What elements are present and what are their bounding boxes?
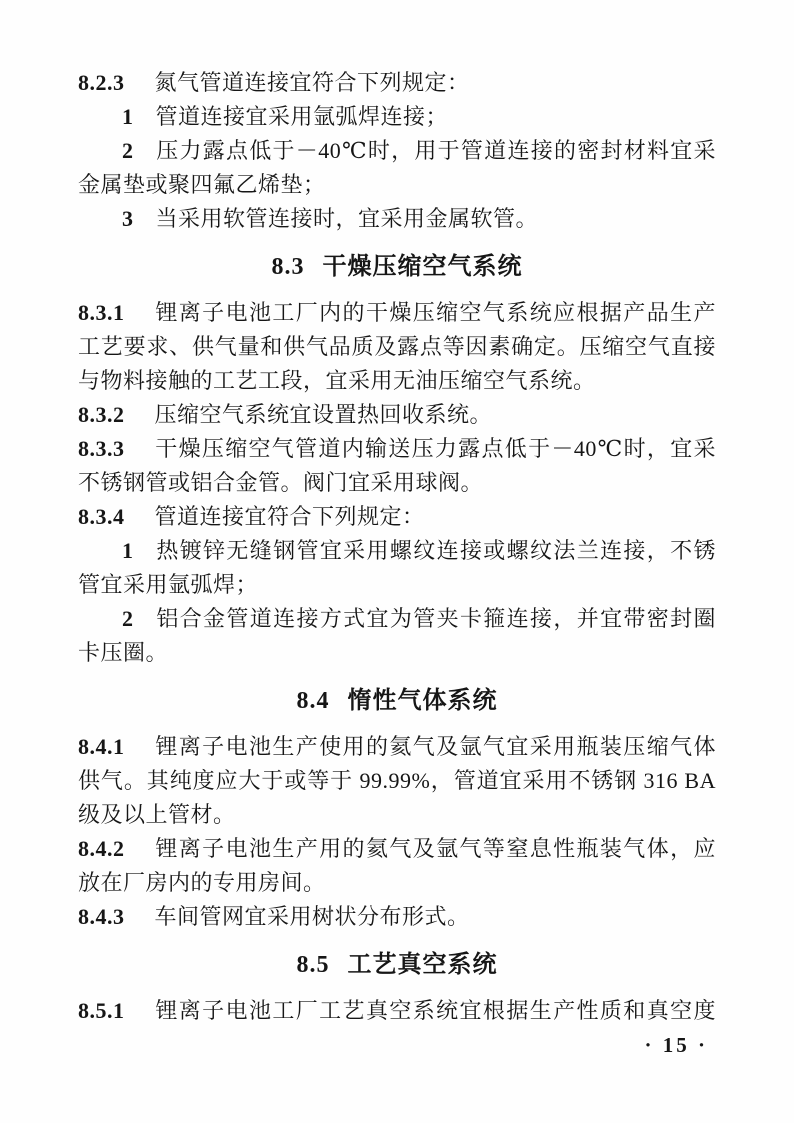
body-text: 卡压圈。	[78, 640, 168, 665]
clause-number: 8.4.1	[78, 734, 125, 759]
clause-text: 锂离子电池生产使用的氦气及氩气宜采用瓶装压缩气体	[155, 734, 717, 759]
clause-text: 干燥压缩空气管道内输送压力露点低于－40℃时，宜采用	[78, 436, 716, 466]
item-number: 3	[122, 206, 134, 231]
item-text: 管道连接宜采用氩弧焊连接；	[156, 104, 449, 129]
clause-text: 氮气管道连接宜符合下列规定：	[155, 70, 470, 95]
continuation-line: 级及以上管材。	[78, 798, 716, 832]
item-text: 当采用软管连接时，宜采用金属软管。	[156, 206, 539, 231]
page-number: · 15 ·	[644, 1030, 708, 1060]
section-heading-8-4: 8.4惰性气体系统	[78, 684, 716, 718]
clause-line-8-4-3: 8.4.3车间管网宜采用树状分布形式。	[78, 900, 716, 934]
item-number: 1	[122, 538, 134, 563]
clause-number: 8.4.3	[78, 904, 125, 929]
continuation-line: 管宜采用氩弧焊；	[78, 568, 716, 602]
continuation-line: 工艺要求、供气量和供气品质及露点等因素确定。压缩空气直接	[78, 330, 716, 364]
clause-number: 8.5.1	[78, 998, 125, 1023]
item-number: 2	[122, 138, 134, 163]
document-page: 8.2.3氮气管道连接宜符合下列规定： 1管道连接宜采用氩弧焊连接； 2压力露点…	[0, 0, 794, 1123]
clause-number: 8.3.2	[78, 402, 125, 427]
heading-title: 惰性气体系统	[348, 687, 498, 714]
item-text: 热镀锌无缝钢管宜采用螺纹连接或螺纹法兰连接，不锈钢	[122, 538, 716, 568]
clause-number: 8.4.2	[78, 836, 125, 861]
heading-number: 8.5	[297, 952, 330, 978]
continuation-line: 卡压圈。	[78, 636, 716, 670]
section-heading-8-3: 8.3干燥压缩空气系统	[78, 250, 716, 284]
clause-line-8-5-1: 8.5.1锂离子电池工厂工艺真空系统宜根据生产性质和真空度	[78, 994, 716, 1028]
body-text: 不锈钢管或铝合金管。阀门宜采用球阀。	[78, 470, 483, 495]
clause-line-8-2-3: 8.2.3氮气管道连接宜符合下列规定：	[78, 66, 716, 100]
clause-text: 锂离子电池工厂内的干燥压缩空气系统应根据产品生产	[155, 300, 717, 325]
item-number: 1	[122, 104, 134, 129]
clause-number: 8.2.3	[78, 70, 125, 95]
clause-text: 车间管网宜采用树状分布形式。	[155, 904, 470, 929]
sub-item-line: 1管道连接宜采用氩弧焊连接；	[78, 100, 716, 134]
heading-title: 干燥压缩空气系统	[323, 253, 523, 280]
section-heading-8-5: 8.5工艺真空系统	[78, 948, 716, 982]
body-text: 管宜采用氩弧焊；	[78, 572, 258, 597]
sub-item-line: 1热镀锌无缝钢管宜采用螺纹连接或螺纹法兰连接，不锈钢	[78, 534, 716, 568]
sub-item-line: 2铝合金管道连接方式宜为管夹卡箍连接，并宜带密封圈和	[78, 602, 716, 636]
clause-text: 锂离子电池工厂工艺真空系统宜根据生产性质和真空度	[155, 998, 717, 1023]
item-text: 铝合金管道连接方式宜为管夹卡箍连接，并宜带密封圈和	[122, 606, 716, 636]
clause-line-8-3-2: 8.3.2压缩空气系统宜设置热回收系统。	[78, 398, 716, 432]
clause-line-8-4-1: 8.4.1锂离子电池生产使用的氦气及氩气宜采用瓶装压缩气体	[78, 730, 716, 764]
body-text: 工艺要求、供气量和供气品质及露点等因素确定。压缩空气直接	[78, 334, 716, 359]
clause-number: 8.3.4	[78, 504, 125, 529]
item-number: 2	[122, 606, 134, 631]
body-text: 供气。其纯度应大于或等于 99.99%，管道宜采用不锈钢 316 BA	[78, 768, 716, 793]
body-text: 放在厂房内的专用房间。	[78, 870, 326, 895]
continuation-line: 不锈钢管或铝合金管。阀门宜采用球阀。	[78, 466, 716, 500]
continuation-line: 金属垫或聚四氟乙烯垫；	[78, 168, 716, 202]
sub-item-line: 2压力露点低于－40℃时，用于管道连接的密封材料宜采用	[78, 134, 716, 168]
heading-title: 工艺真空系统	[348, 951, 498, 978]
clause-line-8-3-1: 8.3.1锂离子电池工厂内的干燥压缩空气系统应根据产品生产	[78, 296, 716, 330]
body-text: 与物料接触的工艺工段，宜采用无油压缩空气系统。	[78, 368, 596, 393]
heading-number: 8.4	[297, 688, 330, 714]
body-text: 级及以上管材。	[78, 802, 236, 827]
clause-text: 压缩空气系统宜设置热回收系统。	[155, 402, 493, 427]
clause-line-8-3-4: 8.3.4管道连接宜符合下列规定：	[78, 500, 716, 534]
clause-line-8-4-2: 8.4.2锂离子电池生产用的氦气及氩气等窒息性瓶装气体，应存	[78, 832, 716, 866]
clause-number: 8.3.1	[78, 300, 125, 325]
clause-line-8-3-3: 8.3.3干燥压缩空气管道内输送压力露点低于－40℃时，宜采用	[78, 432, 716, 466]
clause-text: 管道连接宜符合下列规定：	[155, 504, 425, 529]
continuation-line: 与物料接触的工艺工段，宜采用无油压缩空气系统。	[78, 364, 716, 398]
continuation-line: 供气。其纯度应大于或等于 99.99%，管道宜采用不锈钢 316 BA	[78, 764, 716, 798]
item-text: 压力露点低于－40℃时，用于管道连接的密封材料宜采用	[122, 138, 716, 168]
continuation-line: 放在厂房内的专用房间。	[78, 866, 716, 900]
clause-number: 8.3.3	[78, 436, 125, 461]
clause-text: 锂离子电池生产用的氦气及氩气等窒息性瓶装气体，应存	[78, 836, 716, 866]
sub-item-line: 3当采用软管连接时，宜采用金属软管。	[78, 202, 716, 236]
heading-number: 8.3	[272, 254, 305, 280]
body-text: 金属垫或聚四氟乙烯垫；	[78, 172, 326, 197]
